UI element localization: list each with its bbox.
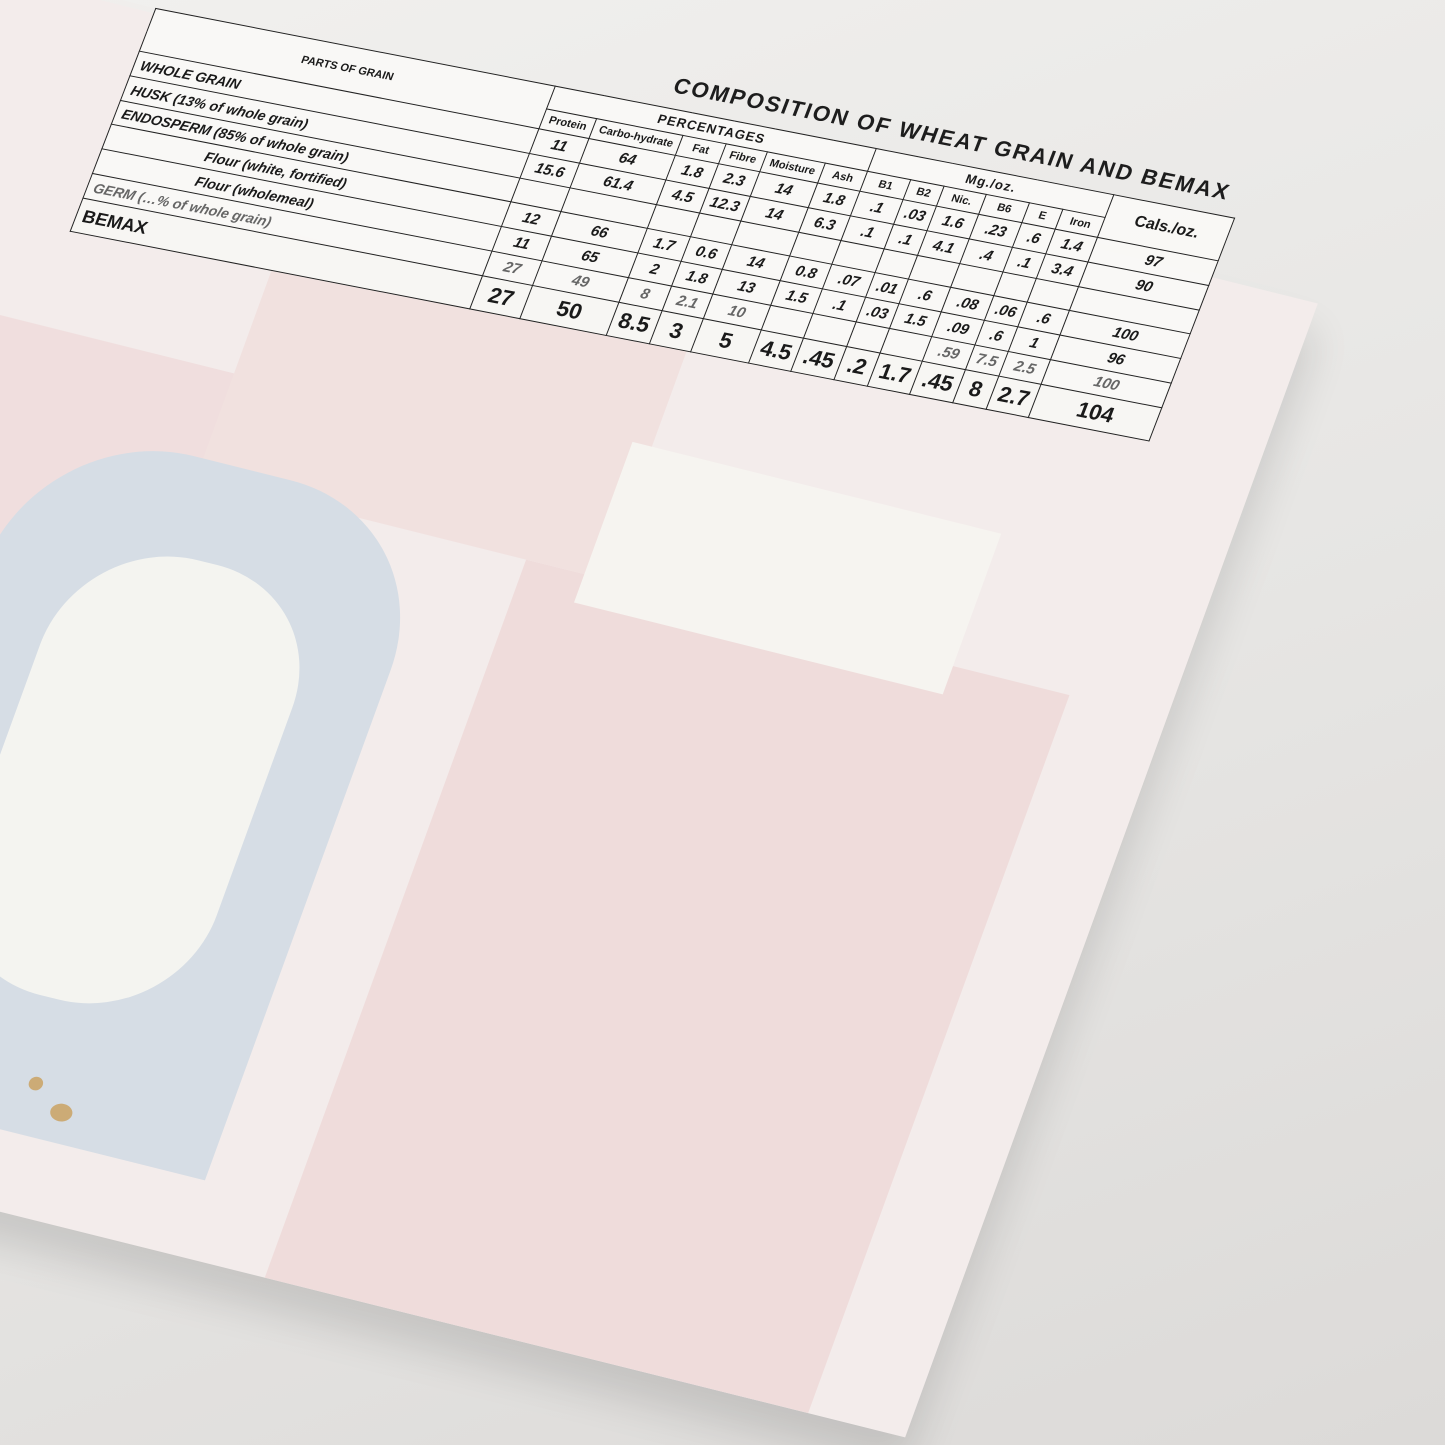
- pink-print-block: [265, 560, 1070, 1414]
